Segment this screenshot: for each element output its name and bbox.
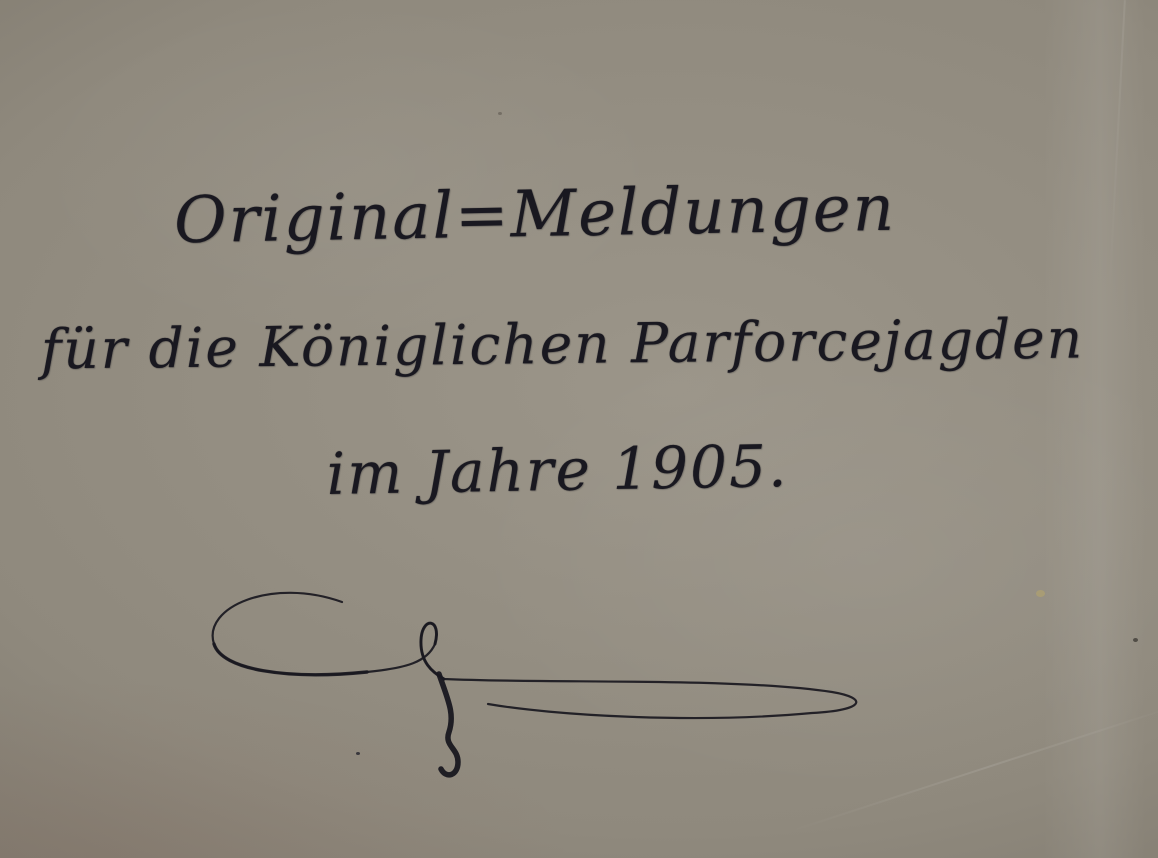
title-line-2: für die Königlichen Parforcejagden [10,306,1116,382]
photographed-page: Original=Meldungen für die Königlichen P… [0,0,1158,858]
paper-speck [498,112,502,115]
paper-speck [1133,638,1138,642]
paper-speck [356,752,360,755]
signature-flourish-icon [192,582,882,792]
title-line-1: Original=Meldungen [149,171,920,258]
paper-speck [1036,590,1045,597]
title-line-3: im Jahre 1905. [0,426,1116,513]
paper-crease [1108,0,1126,300]
